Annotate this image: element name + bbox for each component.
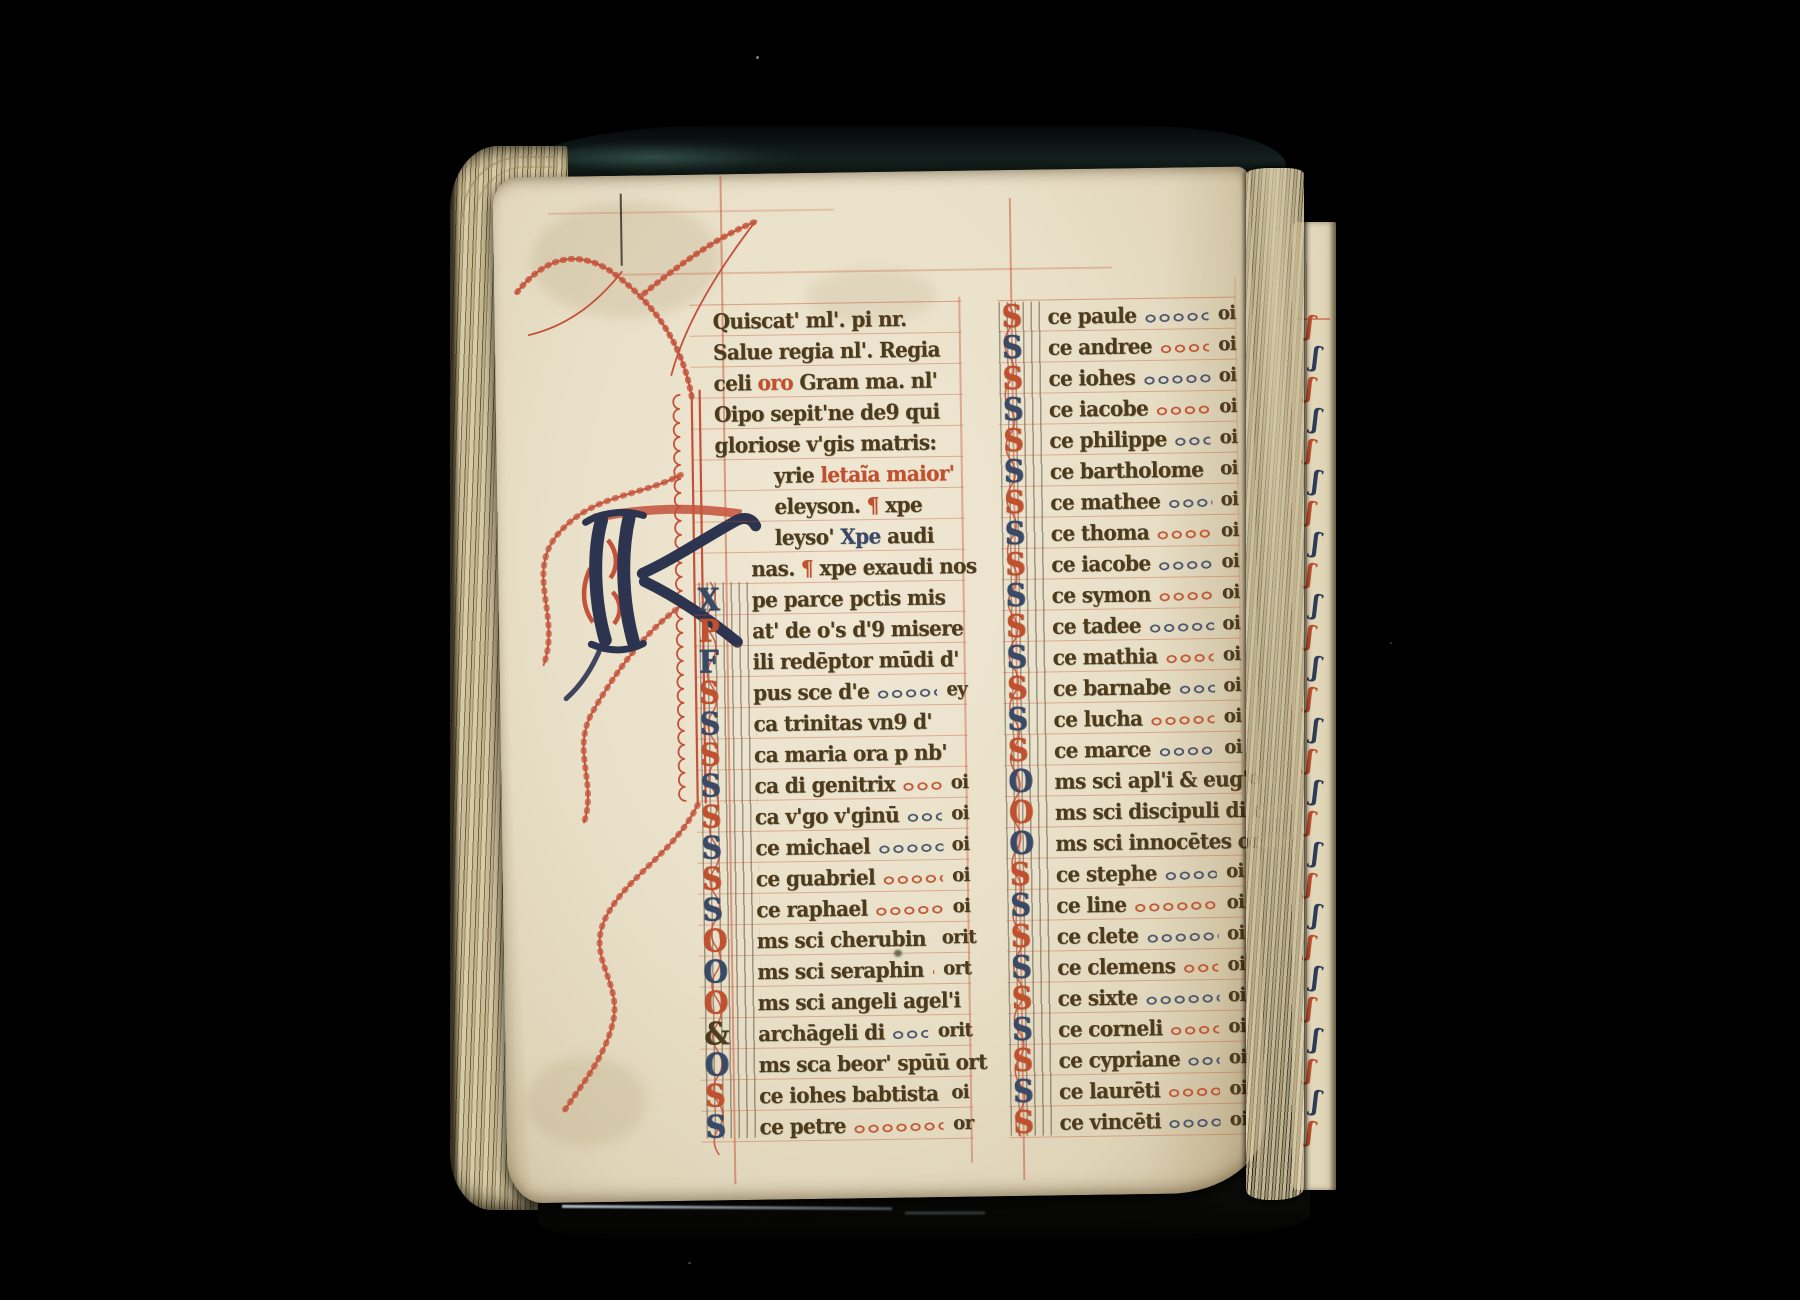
response-abbrev: oi xyxy=(1227,955,1245,974)
response-abbrev: oi xyxy=(1223,676,1241,695)
text-run: ce symon xyxy=(1052,583,1151,606)
text-run: Oipo sepit'ne de9 qui xyxy=(714,400,940,425)
text-run: ce marce xyxy=(1054,738,1151,761)
line-filler xyxy=(1168,1116,1221,1131)
line-filler xyxy=(1144,992,1219,1008)
litany-initial: S xyxy=(698,863,756,895)
line-filler xyxy=(1145,930,1218,946)
text-run: ce philippe xyxy=(1049,428,1167,451)
line-filler xyxy=(902,779,942,794)
litany-line: Sce michaeloi xyxy=(697,829,969,864)
facing-page-initial-fragment: ʃ xyxy=(1303,932,1317,961)
litany-initial: S xyxy=(1000,455,1050,487)
litany-initial: F xyxy=(694,646,752,678)
text-run: pe parce pctis mis xyxy=(752,586,946,610)
line-filler xyxy=(1149,713,1215,729)
text-run: ce vincēti xyxy=(1059,1110,1161,1133)
line-filler xyxy=(1157,744,1215,759)
litany-initial: O xyxy=(1005,827,1055,859)
text-run: yrie xyxy=(774,464,821,486)
facing-page-initial-fragment: ʃ xyxy=(1303,436,1317,465)
kyrie-line: eleyson. ¶ xpe xyxy=(692,488,964,523)
line-filler xyxy=(1159,341,1210,356)
litany-initial: S xyxy=(1002,610,1052,642)
text-run: Xpe xyxy=(840,525,881,547)
litany-line: Sce matheeoi xyxy=(1000,484,1238,519)
text-run: ce iacobe xyxy=(1049,397,1149,420)
litany-line: Sce luchaoi xyxy=(1003,701,1241,736)
facing-page-initial-fragment: ʃ xyxy=(1309,901,1323,930)
facing-page-initial-fragment: ʃ xyxy=(1309,1025,1323,1054)
litany-line: Oms sci discipuli di ort' xyxy=(1005,794,1243,829)
litany-line: Sce iacobeoi xyxy=(1001,546,1239,581)
line-filler xyxy=(933,935,934,948)
litany-initial: S xyxy=(1004,734,1054,766)
line-filler xyxy=(1182,961,1219,975)
litany-line: Sce iohesoi xyxy=(998,360,1236,395)
response-abbrev: oi xyxy=(1230,1110,1248,1129)
text-run: ce line xyxy=(1056,893,1126,915)
line-filler xyxy=(853,1119,945,1136)
manuscript-page: Quiscat' ml'. pi nr.Salue regia nl'. Reg… xyxy=(492,166,1265,1203)
facing-page-initial-fragment: ʃ xyxy=(1303,498,1317,527)
facing-page-initial-fragment: ʃ xyxy=(1309,963,1323,992)
gutter-frayed-fibers xyxy=(1246,168,1304,1200)
facing-page-initial-fragment: ʃ xyxy=(1309,405,1323,434)
line-filler xyxy=(1156,527,1212,542)
response-abbrev: or xyxy=(953,1114,974,1133)
litany-line: Sce mathiaoi xyxy=(1002,639,1240,674)
line-filler xyxy=(1167,496,1212,511)
litany-initial: S xyxy=(1009,1075,1059,1107)
text-run: xpe exaudi nos xyxy=(813,554,977,578)
response-abbrev: oi xyxy=(1229,1048,1247,1067)
text-run: leyso' xyxy=(775,525,841,547)
text-run: archāgeli di xyxy=(758,1021,885,1044)
litany-initial: S xyxy=(695,677,753,709)
text-run: ms sci seraphin xyxy=(757,958,924,982)
facing-page-initial-fragment: ʃ xyxy=(1303,994,1317,1023)
litany-line: Pat' de o's d'9 misere xyxy=(694,612,966,647)
litany-initial: S xyxy=(1007,951,1057,983)
litany-line: Sce andreeoi xyxy=(998,329,1236,364)
facing-page-initial-fragment: ʃ xyxy=(1303,746,1317,775)
line-filler xyxy=(1148,620,1214,636)
litany-initial: X xyxy=(693,584,751,616)
litany-initial: S xyxy=(697,832,755,864)
litany-initial: P xyxy=(694,615,752,647)
line-filler xyxy=(1155,403,1211,418)
line-filler xyxy=(1210,466,1211,479)
line-filler xyxy=(1173,434,1211,448)
text-run: ce andree xyxy=(1048,335,1152,358)
litany-initial: S xyxy=(1003,672,1053,704)
litany-line: Xpe parce pctis mis xyxy=(693,581,965,616)
litany-line: Sce iohes babtistaoi xyxy=(701,1077,973,1112)
dark-twig xyxy=(621,194,622,266)
litany-line: Oms sci seraphinort xyxy=(699,953,971,988)
text-run: gloriose v'gis matris: xyxy=(714,431,936,455)
text-run: ce bartholome xyxy=(1050,458,1204,481)
text-run: ce guabriel xyxy=(756,866,876,889)
line-filler xyxy=(1169,1023,1219,1038)
litany-line: Sce tadeeoi xyxy=(1002,608,1240,643)
facing-page-initial-fragment: ʃ xyxy=(1309,715,1323,744)
litany-line: Sce sixteoi xyxy=(1007,980,1245,1015)
dust-speck xyxy=(688,1262,691,1264)
text-run: ms sca beor' spūū ort xyxy=(758,1050,987,1075)
litany-line: Oms sci innocētes orate xyxy=(1005,825,1243,860)
text-run: ms sci apl'i & eug' xyxy=(1054,767,1248,791)
line-filler xyxy=(1177,682,1214,696)
litany-line: Sce laurētioi xyxy=(1009,1073,1247,1108)
litany-initial: S xyxy=(998,362,1048,394)
text-run: ce lucha xyxy=(1053,707,1142,730)
litany-initial: S xyxy=(1008,1044,1058,1076)
litany-initial: S xyxy=(1003,703,1053,735)
facing-page-initial-fragment: ʃ xyxy=(1303,684,1317,713)
text-run: nas. xyxy=(751,557,801,579)
bottom-edge-highlight xyxy=(905,1212,985,1214)
response-abbrev: oi xyxy=(1222,583,1240,602)
response-abbrev: oi xyxy=(1227,924,1245,943)
litany-line: Sce petreor xyxy=(701,1108,973,1143)
litany-initial: S xyxy=(998,331,1048,363)
litany-initial: S xyxy=(696,739,754,771)
facing-page-initial-fragment: ʃ xyxy=(1309,777,1323,806)
litany-initial: S xyxy=(696,770,754,802)
text-run: ce sixte xyxy=(1058,986,1138,1008)
response-abbrev: oi xyxy=(1224,707,1242,726)
line-filler xyxy=(891,1027,929,1041)
text-run: celi xyxy=(713,372,757,394)
litany-initial: S xyxy=(1002,641,1052,673)
response-abbrev: oi xyxy=(1219,366,1237,385)
rubric-line: celi oro Gram ma. nl' xyxy=(690,364,962,399)
litany-line: Sce lineoi xyxy=(1006,887,1244,922)
text-run: ce iacobe xyxy=(1051,552,1151,575)
litany-line: Oms sci cherubinorit xyxy=(699,922,971,957)
response-abbrev: oi xyxy=(1220,490,1238,509)
right-text-column: Sce pauleoiSce andreeoiSce iohesoiSce ia… xyxy=(997,297,1247,1139)
response-abbrev: oi xyxy=(952,866,970,885)
kyrie-line: leyso' Xpe audi xyxy=(693,519,965,554)
text-run: eleyson. xyxy=(774,494,867,517)
litany-line: Sce marceoi xyxy=(1004,732,1242,767)
litany-line: Sce barnabeoi xyxy=(1003,670,1241,705)
facing-page-initial-fragment: ʃ xyxy=(1309,1087,1323,1116)
line-filler xyxy=(876,686,938,701)
line-filler xyxy=(1164,868,1218,883)
litany-line: Sce thomaoi xyxy=(1001,515,1239,550)
response-abbrev: orit xyxy=(942,928,977,948)
text-run: ce raphael xyxy=(756,897,867,920)
text-run: ce cypriane xyxy=(1058,1047,1180,1070)
text-run: ms sci cherubin xyxy=(757,927,926,951)
text-run: ce mathee xyxy=(1050,490,1160,513)
text-run: ce petre xyxy=(759,1114,846,1136)
text-run: letaĩa maior' xyxy=(820,462,954,485)
litany-initial: S xyxy=(999,393,1049,425)
litany-initial: S xyxy=(1007,920,1057,952)
litany-initial: S xyxy=(695,708,753,740)
response-abbrev: oi xyxy=(951,804,969,823)
response-abbrev: ort xyxy=(943,959,971,978)
litany-initial: O xyxy=(699,925,757,957)
litany-line: Sce cleteoi xyxy=(1007,918,1245,953)
text-run: ce mathia xyxy=(1052,645,1157,668)
facing-page-initial-fragment: ʃ xyxy=(1303,374,1317,403)
litany-initial: S xyxy=(999,424,1049,456)
litany-initial: O xyxy=(1004,765,1054,797)
response-abbrev: oi xyxy=(1221,521,1239,540)
facing-page-initial-fragment: ʃ xyxy=(1303,870,1317,899)
litany-line: Sce stepheoi xyxy=(1006,856,1244,891)
facing-page-initial-fragment: ʃ xyxy=(1303,312,1317,341)
litany-initial: O xyxy=(699,956,757,988)
text-run: ms sci angeli agel'i xyxy=(758,989,961,1013)
response-abbrev: oi xyxy=(1219,397,1237,416)
text-run: Gram ma. nl' xyxy=(793,369,937,392)
text-run: ce iohes babtista xyxy=(759,1082,939,1106)
text-run: ce corneli xyxy=(1058,1017,1163,1040)
facing-page-initial-fragment: ʃ xyxy=(1309,343,1323,372)
litany-initial: S xyxy=(1001,517,1051,549)
text-run: ili redēptor mūdi d' xyxy=(752,648,958,672)
litany-line: Sce philippeoi xyxy=(999,422,1237,457)
litany-line: Oms sca beor' spūū ort xyxy=(700,1046,972,1081)
litany-line: Sce raphaeloi xyxy=(698,891,970,926)
response-abbrev: oi xyxy=(952,897,970,916)
line-filler xyxy=(1133,898,1218,914)
response-abbrev: oi xyxy=(1221,552,1239,571)
line-filler xyxy=(931,966,935,979)
litany-line: Sce guabrieloi xyxy=(698,860,970,895)
litany-initial: S xyxy=(697,801,755,833)
facing-page-initial-fragment: ʃ xyxy=(1309,467,1323,496)
facing-page-initial-fragment: ʃ xyxy=(1303,622,1317,651)
response-abbrev: oi xyxy=(1223,645,1241,664)
line-filler xyxy=(882,872,944,887)
litany-initial: & xyxy=(700,1018,758,1050)
litany-initial: S xyxy=(1006,889,1056,921)
litany-initial: S xyxy=(1006,858,1056,890)
response-abbrev: oi xyxy=(952,835,970,854)
text-run: ce michael xyxy=(755,835,870,858)
text-run: ca trinitas vn9 d' xyxy=(753,710,932,734)
line-filler xyxy=(874,903,944,919)
litany-line: Sce symonoi xyxy=(1001,577,1239,612)
text-run: ce barnabe xyxy=(1053,676,1171,699)
kyrie-line: yrie letaĩa maior' xyxy=(692,457,964,492)
litany-line: Sce pauleoi xyxy=(997,298,1235,333)
text-run: oro xyxy=(757,371,793,393)
rubric-line: Oipo sepit'ne de9 qui xyxy=(691,395,963,430)
litany-line: Sce iacobeoi xyxy=(999,391,1237,426)
litany-line: Sce cyprianeoi xyxy=(1008,1042,1246,1077)
litany-line: Oms sci angeli agel'i xyxy=(699,984,971,1019)
litany-initial: S xyxy=(701,1080,759,1112)
text-run: audi xyxy=(880,524,933,546)
litany-line: Spus sce d'eey xyxy=(695,674,967,709)
response-abbrev: oi xyxy=(1218,335,1236,354)
response-abbrev: oi xyxy=(1228,986,1246,1005)
litany-initial: S xyxy=(1001,548,1051,580)
text-run: ce clete xyxy=(1057,924,1139,946)
response-abbrev: oi xyxy=(1218,304,1236,323)
line-filler xyxy=(906,810,943,824)
text-run: pus sce d'e xyxy=(753,680,869,703)
text-run: ce thoma xyxy=(1051,521,1150,544)
litany-initial: O xyxy=(699,987,757,1019)
line-filler xyxy=(1143,310,1209,326)
response-abbrev: oi xyxy=(1226,893,1244,912)
text-run: ce laurēti xyxy=(1059,1079,1160,1102)
litany-initial: O xyxy=(700,1049,758,1081)
response-abbrev: ey xyxy=(946,680,967,699)
litany-line: Sca trinitas vn9 d' xyxy=(695,705,967,740)
left-text-column: Quiscat' ml'. pi nr.Salue regia nl'. Reg… xyxy=(689,301,973,1144)
rubric-line: Salue regia nl'. Regia xyxy=(690,333,962,368)
text-run: ce clemens xyxy=(1057,955,1175,978)
line-filler xyxy=(1187,1054,1220,1068)
line-filler xyxy=(1157,558,1213,573)
litany-line: Oms sci apl'i & eug'ort' xyxy=(1004,763,1242,798)
litany-initial: S xyxy=(701,1111,759,1143)
litany-initial: S xyxy=(997,300,1047,332)
litany-initial: S xyxy=(1001,579,1051,611)
line-filler xyxy=(1164,651,1214,666)
line-filler xyxy=(1167,1085,1221,1100)
litany-line: Sce clemensoi xyxy=(1007,949,1245,984)
litany-line: Sce cornelioi xyxy=(1008,1011,1246,1046)
line-filler xyxy=(1157,589,1213,604)
litany-initial: S xyxy=(1000,486,1050,518)
response-abbrev: oi xyxy=(1226,862,1244,881)
kyrie-line: nas. ¶ xpe exaudi nos xyxy=(693,550,965,585)
line-filler xyxy=(1142,372,1210,388)
litany-initial: O xyxy=(1005,796,1055,828)
dust-speck xyxy=(1390,642,1392,644)
response-abbrev: oi xyxy=(1224,738,1242,757)
litany-initial: S xyxy=(1007,982,1057,1014)
rubric-line: Quiscat' ml'. pi nr. xyxy=(689,302,961,337)
text-run: ce tadee xyxy=(1052,614,1141,637)
facing-page-initial-fragment: ʃ xyxy=(1309,839,1323,868)
facing-page-initial-fragment: ʃ xyxy=(1309,591,1323,620)
text-run: Salue regia nl'. Regia xyxy=(713,338,940,363)
text-run: ¶ xyxy=(867,494,886,515)
response-abbrev: oi xyxy=(1229,1079,1247,1098)
response-abbrev: oi xyxy=(1222,614,1240,633)
facing-page-initial-fragment: ʃ xyxy=(1303,560,1317,589)
litany-initial: S xyxy=(698,894,756,926)
text-run: ca v'go v'ginū xyxy=(755,804,899,827)
text-run: ce stephe xyxy=(1056,862,1157,885)
litany-line: &archāgeli diorit xyxy=(700,1015,972,1050)
response-abbrev: oi xyxy=(951,773,969,792)
rubric-line: gloriose v'gis matris: xyxy=(691,426,963,461)
text-run: ce paule xyxy=(1047,304,1136,327)
facing-page-initial-fragment: ʃ xyxy=(1303,1118,1317,1147)
litany-initial: S xyxy=(1008,1013,1058,1045)
binding-sheen xyxy=(556,140,796,174)
facing-page-initial-fragment: ʃ xyxy=(1309,529,1323,558)
dust-speck xyxy=(756,56,759,59)
text-run: at' de o's d'9 misere xyxy=(752,617,963,641)
facing-page-initial-fragment: ʃ xyxy=(1303,808,1317,837)
litany-line: Sca v'go v'ginūoi xyxy=(697,798,969,833)
litany-initial: S xyxy=(1009,1106,1059,1138)
text-run: ¶ xyxy=(801,557,813,578)
litany-line: Sce bartholomeoi xyxy=(1000,453,1238,488)
litany-line: Sca maria ora p nb' xyxy=(696,736,968,771)
response-abbrev: orit xyxy=(938,1021,973,1041)
text-run: xpe xyxy=(885,493,922,515)
litany-line: Fili redēptor mūdi d' xyxy=(694,643,966,678)
text-run: ca di genitrix xyxy=(754,773,895,796)
response-abbrev: oi xyxy=(1220,459,1238,478)
text-run: ce iohes xyxy=(1048,366,1135,388)
text-run: ca maria ora p nb' xyxy=(754,741,947,765)
response-abbrev: oi xyxy=(951,1083,969,1102)
manuscript-photo: ʃʃʃʃʃʃʃʃʃʃʃʃʃʃʃʃʃʃʃʃʃʃʃʃʃʃʃ xyxy=(0,0,1800,1300)
litany-line: Sce vincētioi xyxy=(1009,1104,1247,1139)
text-run: Quiscat' ml'. pi nr. xyxy=(712,307,906,331)
response-abbrev: oi xyxy=(1220,428,1238,447)
facing-page-initial-fragment: ʃ xyxy=(1309,653,1323,682)
response-abbrev: oi xyxy=(1228,1017,1246,1036)
litany-line: Sca di genitrixoi xyxy=(696,767,968,802)
line-filler xyxy=(877,841,943,857)
facing-page-initial-fragment: ʃ xyxy=(1303,1056,1317,1085)
